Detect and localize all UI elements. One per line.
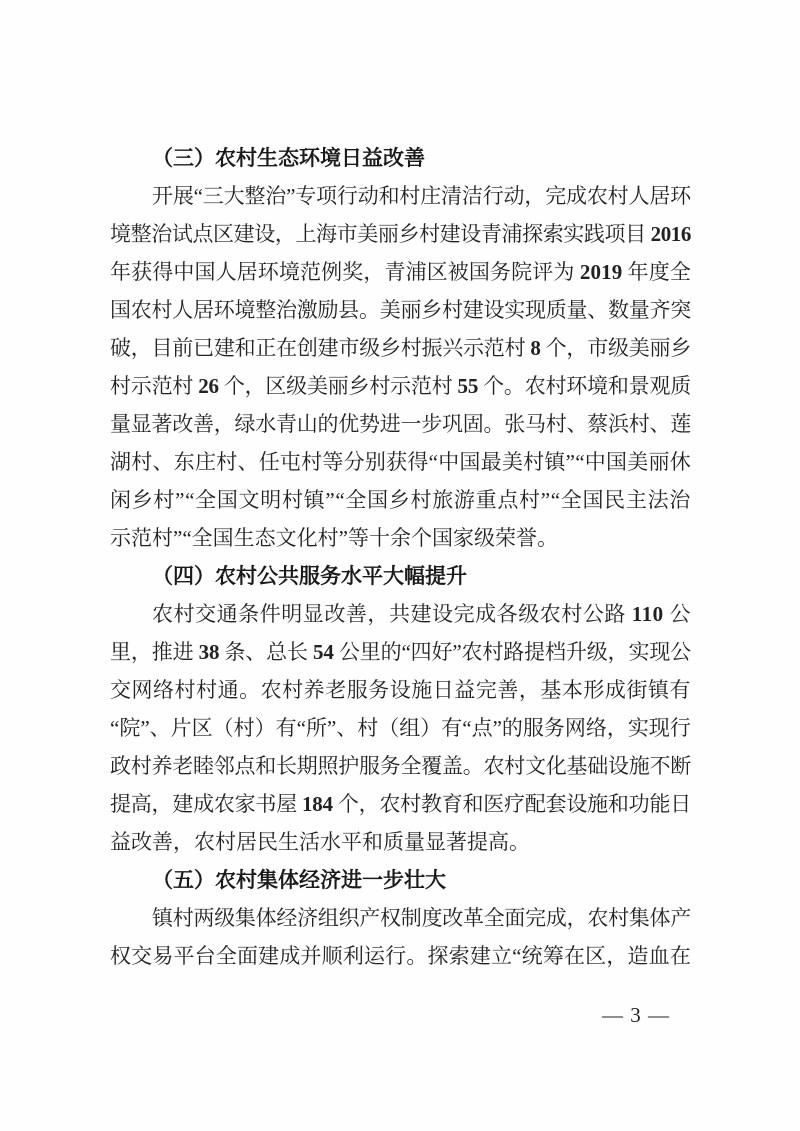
text-line: 农村交通条件明显改善，共建设完成各级农村公路 110 公 <box>110 595 691 633</box>
line-text: 年获得中国人居环境范例奖，青浦区被国务院评为 2019 年度全 <box>110 260 691 284</box>
text-line: 里，推进 38 条、总长 54 公里的“四好”农村路提档升级，实现公 <box>110 633 691 671</box>
text-line: 政村养老睦邻点和长期照护服务全覆盖。农村文化基础设施不断 <box>110 747 691 785</box>
numeral: 2016 <box>651 222 691 246</box>
line-text: 村示范村 26 个，区级美丽乡村示范村 55 个。农村环境和景观质 <box>110 374 691 398</box>
line-text: 镇村两级集体经济组织产权制度改革全面完成，农村集体产 <box>152 906 691 930</box>
text-line: 量显著改善，绿水青山的优势进一步巩固。张马村、蔡浜村、莲 <box>110 405 691 443</box>
line-text: （四）农村公共服务水平大幅提升 <box>152 564 467 588</box>
line-text: 量显著改善，绿水青山的优势进一步巩固。张马村、蔡浜村、莲 <box>110 412 691 436</box>
text-line: 破，目前已建和正在创建市级乡村振兴示范村 8 个，市级美丽乡 <box>110 329 691 367</box>
text-line: 益改善，农村居民生活水平和质量显著提高。 <box>110 823 691 861</box>
numeral: 184 <box>302 792 333 816</box>
text-line: 示范村”“全国生态文化村”等十余个国家级荣誉。 <box>110 519 691 557</box>
line-text: 农村交通条件明显改善，共建设完成各级农村公路 110 公 <box>152 602 691 626</box>
text-line: 闲乡村”“全国文明村镇”“全国乡村旅游重点村”“全国民主法治 <box>110 481 691 519</box>
section-heading: （四）农村公共服务水平大幅提升 <box>110 557 691 595</box>
text-line: 开展“三大整治”专项行动和村庄清洁行动，完成农村人居环 <box>110 177 691 215</box>
line-text: 益改善，农村居民生活水平和质量显著提高。 <box>110 830 530 854</box>
text-line: 村示范村 26 个，区级美丽乡村示范村 55 个。农村环境和景观质 <box>110 367 691 405</box>
numeral: 38 <box>199 640 220 664</box>
line-text: （三）农村生态环境日益改善 <box>152 146 425 170</box>
line-text: “院”、片区（村）有“所”、村（组）有“点”的服务网络，实现行 <box>110 716 691 740</box>
line-text: 湖村、东庄村、任屯村等分别获得“中国最美村镇”“中国美丽休 <box>110 450 691 474</box>
line-text: （五）农村集体经济进一步壮大 <box>152 868 446 892</box>
section-heading: （五）农村集体经济进一步壮大 <box>110 861 691 899</box>
line-text: 权交易平台全面建成并顺利运行。探索建立“统筹在区，造血在 <box>110 944 691 968</box>
line-text: 提高，建成农家书屋 184 个，农村教育和医疗配套设施和功能日 <box>110 792 691 816</box>
numeral: 8 <box>530 336 540 360</box>
text-line: “院”、片区（村）有“所”、村（组）有“点”的服务网络，实现行 <box>110 709 691 747</box>
line-text: 交网络村村通。农村养老服务设施日益完善，基本形成街镇有 <box>110 678 691 702</box>
numeral: 55 <box>458 374 479 398</box>
text-line: 提高，建成农家书屋 184 个，农村教育和医疗配套设施和功能日 <box>110 785 691 823</box>
document-body: （三）农村生态环境日益改善开展“三大整治”专项行动和村庄清洁行动，完成农村人居环… <box>110 139 691 975</box>
line-text: 国农村人居环境整治激励县。美丽乡村建设实现质量、数量齐突 <box>110 298 691 322</box>
text-line: 交网络村村通。农村养老服务设施日益完善，基本形成街镇有 <box>110 671 691 709</box>
document-page: （三）农村生态环境日益改善开展“三大整治”专项行动和村庄清洁行动，完成农村人居环… <box>0 0 800 1131</box>
numeral: 110 <box>632 602 664 626</box>
line-text: 里，推进 38 条、总长 54 公里的“四好”农村路提档升级，实现公 <box>110 640 691 664</box>
line-text: 闲乡村”“全国文明村镇”“全国乡村旅游重点村”“全国民主法治 <box>110 488 691 512</box>
text-line: 国农村人居环境整治激励县。美丽乡村建设实现质量、数量齐突 <box>110 291 691 329</box>
section-heading: （三）农村生态环境日益改善 <box>110 139 691 177</box>
line-text: 示范村”“全国生态文化村”等十余个国家级荣誉。 <box>110 526 558 550</box>
line-text: 境整治试点区建设，上海市美丽乡村建设青浦探索实践项目 2016 <box>110 222 691 246</box>
line-text: 政村养老睦邻点和长期照护服务全覆盖。农村文化基础设施不断 <box>110 754 691 778</box>
line-text: 破，目前已建和正在创建市级乡村振兴示范村 8 个，市级美丽乡 <box>110 336 691 360</box>
text-line: 权交易平台全面建成并顺利运行。探索建立“统筹在区，造血在 <box>110 937 691 975</box>
text-line: 镇村两级集体经济组织产权制度改革全面完成，农村集体产 <box>110 899 691 937</box>
text-line: 湖村、东庄村、任屯村等分别获得“中国最美村镇”“中国美丽休 <box>110 443 691 481</box>
numeral: 26 <box>198 374 219 398</box>
line-text: 开展“三大整治”专项行动和村庄清洁行动，完成农村人居环 <box>152 184 691 208</box>
numeral: 54 <box>313 640 334 664</box>
page-number: — 3 — <box>602 1001 670 1029</box>
numeral: 2019 <box>580 260 622 284</box>
text-line: 年获得中国人居环境范例奖，青浦区被国务院评为 2019 年度全 <box>110 253 691 291</box>
text-line: 境整治试点区建设，上海市美丽乡村建设青浦探索实践项目 2016 <box>110 215 691 253</box>
